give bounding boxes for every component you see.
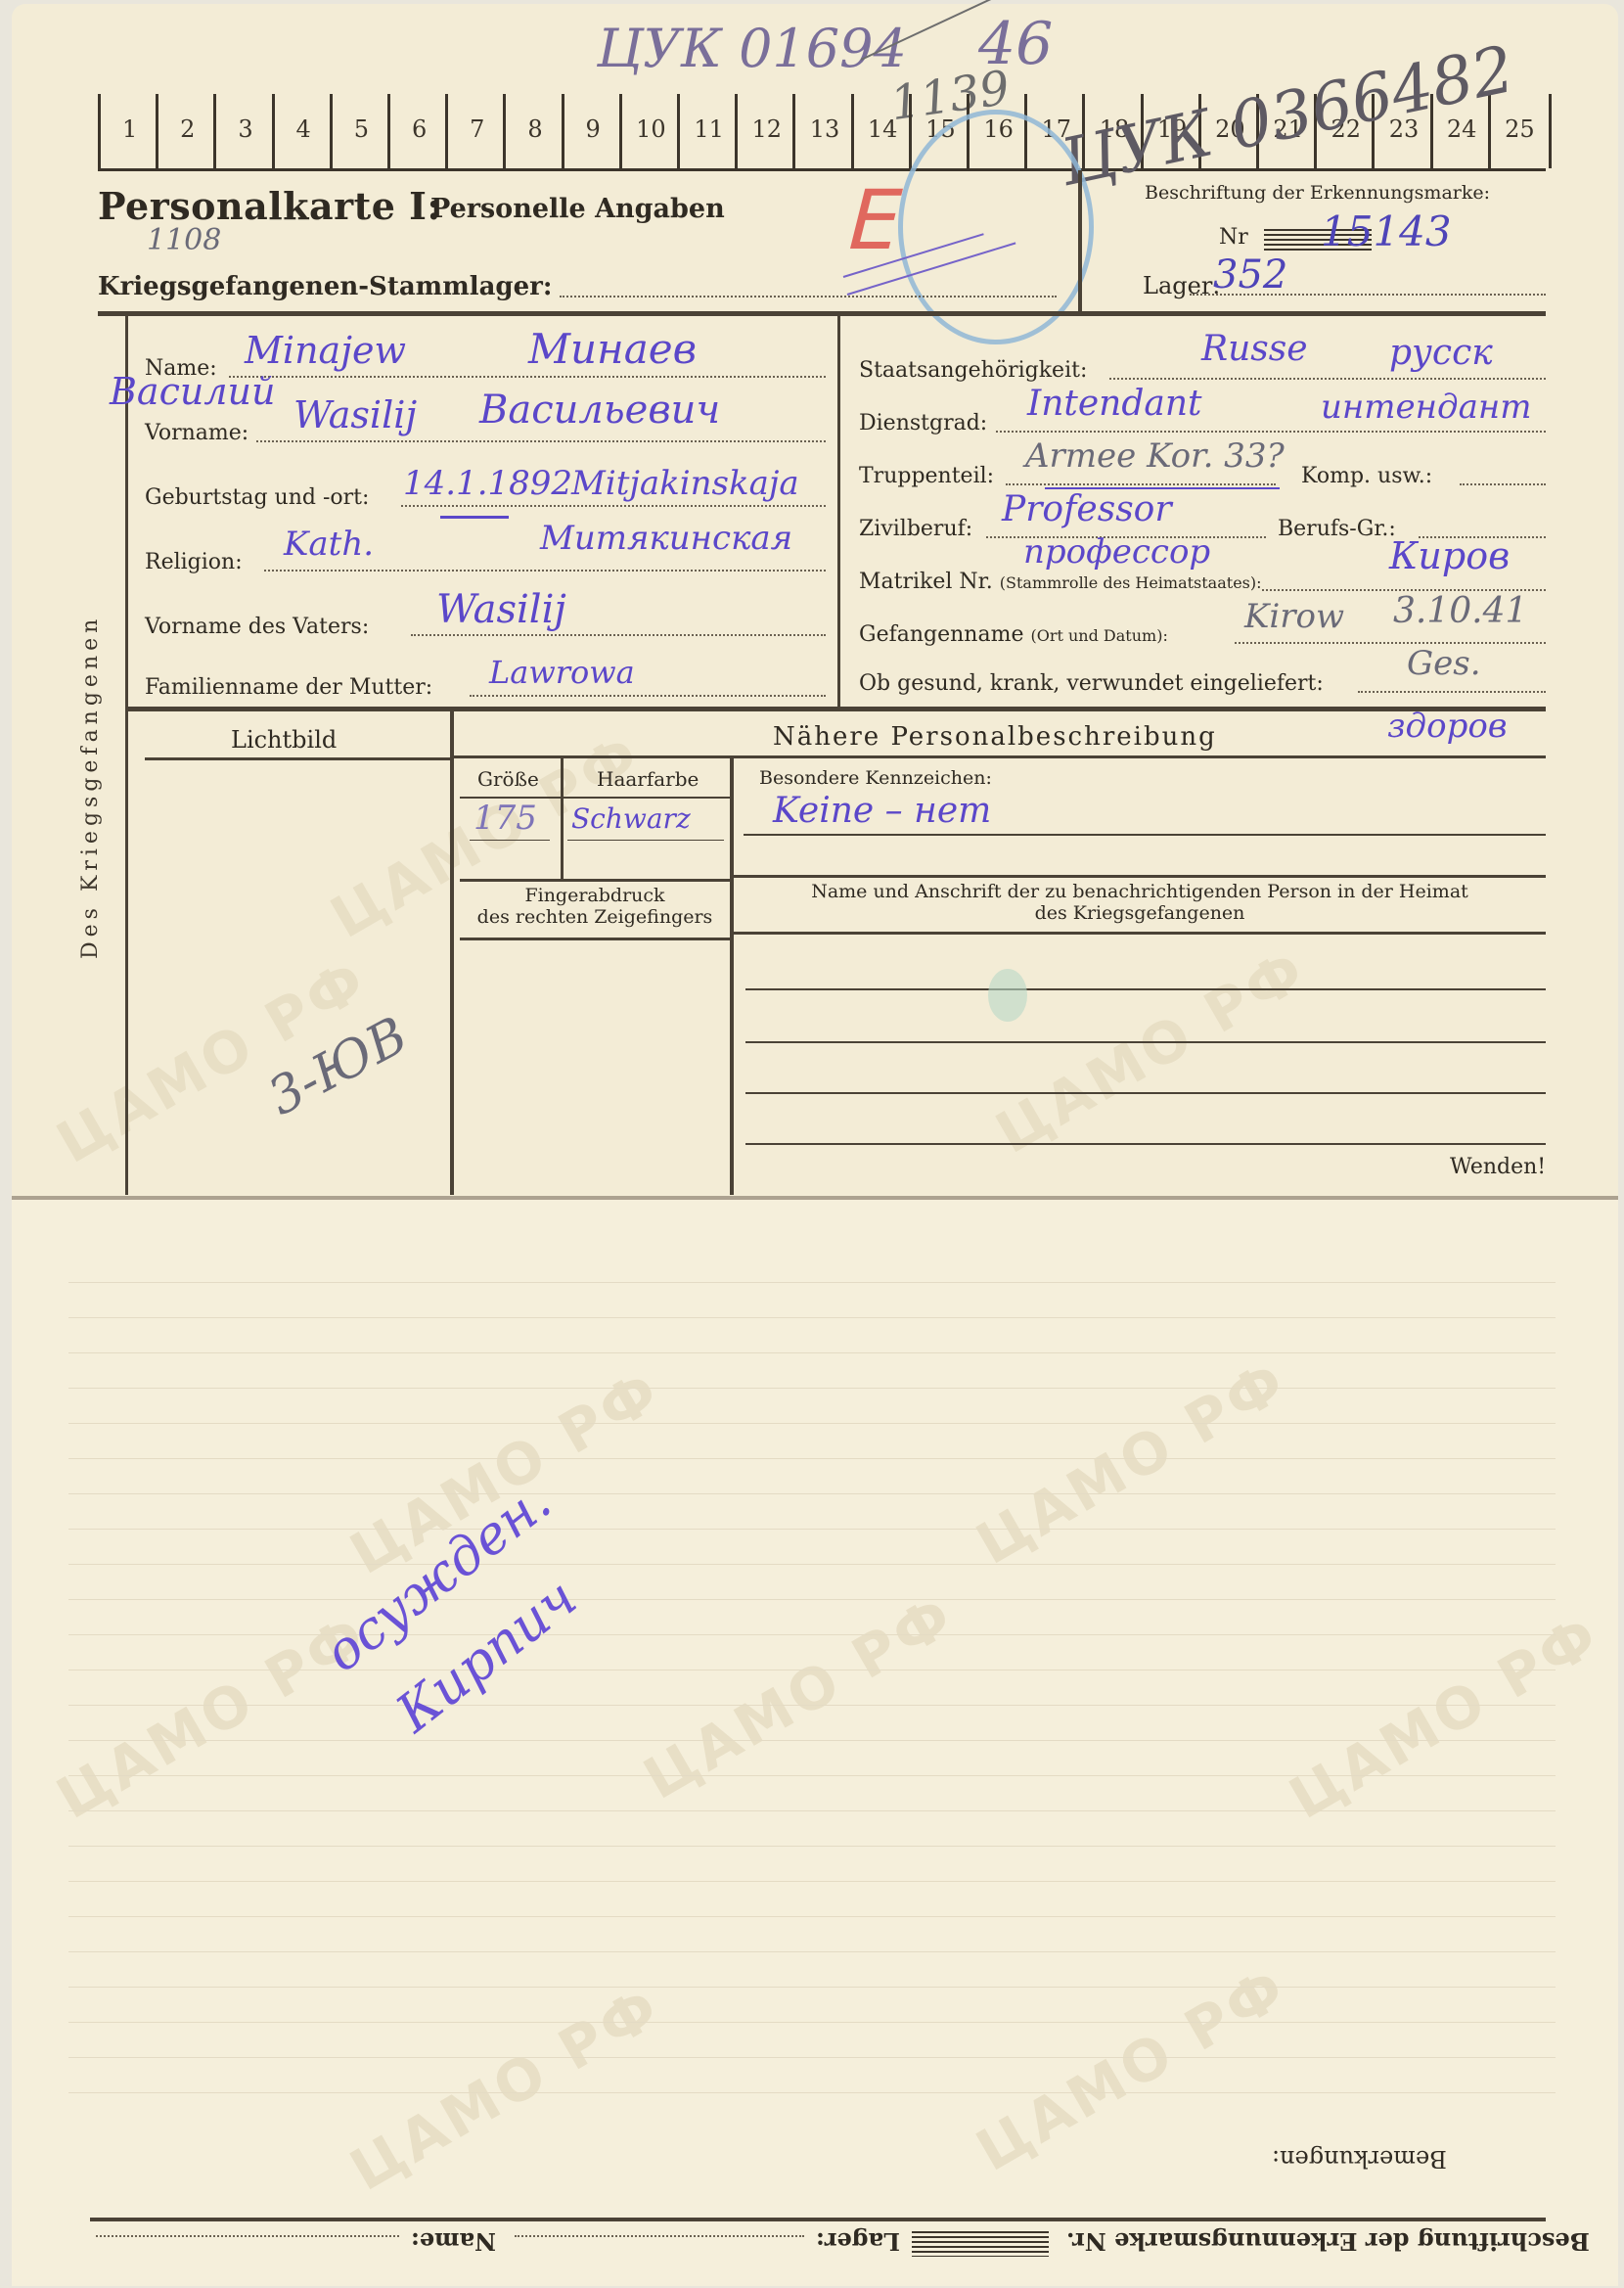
gefangennahme-label-main: Gefangenname: [859, 622, 1023, 647]
divider: [145, 757, 450, 760]
mutter-field: [470, 695, 826, 697]
faint-ruled-line: [68, 1282, 1556, 1283]
haarfarbe-value: Schwarz: [571, 802, 691, 835]
religion-label: Religion:: [145, 550, 243, 574]
stammlager-field: [560, 296, 1057, 297]
vorname-label: Vorname:: [145, 421, 248, 445]
faint-ruled-line: [68, 1670, 1556, 1670]
divider: [90, 2218, 1546, 2221]
marke-nr-value: 15143: [1321, 207, 1452, 255]
staat-value-latin: Russe: [1201, 329, 1308, 369]
faint-ruled-line: [68, 1529, 1556, 1530]
faint-ruled-line: [68, 2057, 1556, 2058]
bemerkungen-label: Bemerkungen:: [1272, 2145, 1447, 2173]
ruler-cell: 3: [213, 94, 274, 168]
divider: [567, 840, 724, 841]
marke-lager-value: 352: [1213, 252, 1287, 297]
religion-field: [264, 570, 826, 572]
dienstgrad-field: [996, 431, 1546, 433]
divider: [744, 834, 1546, 836]
geburt-field: [401, 505, 826, 507]
handwritten-archive-code: ЦУК 01694: [597, 18, 907, 79]
ruler-number: 5: [333, 115, 390, 143]
ruler-cell: 1: [98, 94, 158, 168]
vorname-value-cyrillic-prefix: Василий: [110, 370, 275, 413]
matrikel-label-main: Matrikel Nr.: [859, 570, 993, 594]
divider: [454, 755, 1546, 758]
faint-ruled-line: [68, 1493, 1556, 1494]
ruler-number: 14: [854, 115, 912, 143]
faint-ruled-line: [68, 1599, 1556, 1600]
finger-label-1: Fingerabdruck: [460, 885, 730, 906]
gefangennahme-field: [1235, 642, 1546, 644]
faint-ruled-line: [68, 1775, 1556, 1776]
ruler-number: 1: [101, 115, 158, 143]
haarfarbe-label: Haarfarbe: [597, 767, 699, 791]
ruler-cell: 10: [619, 94, 680, 168]
mutter-value: Lawrowa: [489, 654, 635, 691]
faint-ruled-line: [68, 1705, 1556, 1706]
faint-ruled-line: [68, 1458, 1556, 1459]
faint-ruled-line: [68, 1423, 1556, 1424]
faint-ruled-line: [68, 1317, 1556, 1318]
staat-label: Staatsangehörigkeit:: [859, 358, 1087, 383]
ruler-cell: 7: [445, 94, 506, 168]
faint-ruled-line: [68, 1916, 1556, 1917]
wenden-label: Wenden!: [1450, 1155, 1546, 1179]
contact-line: [734, 932, 1546, 935]
gesundheit-value-latin: Ges.: [1407, 644, 1481, 683]
faint-ruled-line: [68, 1846, 1556, 1847]
divider: [450, 711, 454, 1195]
name-label-inverted: Name:: [411, 2227, 496, 2256]
zivilberuf-value-latin: Professor: [1002, 489, 1172, 529]
side-label: Des Kriegsgefangenen: [78, 615, 103, 959]
ruler-number: 7: [448, 115, 506, 143]
geburt-date: 14.1.1892: [403, 464, 572, 503]
faint-ruled-line: [68, 1352, 1556, 1353]
komp-label: Komp. usw.:: [1301, 464, 1432, 488]
ruler-cell: 2: [156, 94, 216, 168]
contact-line: [745, 1092, 1546, 1094]
gefangennahme-date: 3.10.41: [1393, 591, 1527, 631]
contact-label-1: Name und Anschrift der zu benachrichtige…: [734, 881, 1546, 902]
divider: [470, 840, 550, 841]
truppenteil-label: Truppenteil:: [859, 464, 994, 488]
card-title: Personalkarte I:: [98, 184, 441, 228]
divider: [1078, 170, 1082, 311]
name-value-cyrillic: Минаев: [528, 325, 697, 373]
vater-label: Vorname des Vaters:: [145, 615, 369, 639]
green-ink-blot: [988, 969, 1027, 1022]
erkennungsmarke-label: Beschriftung der Erkennungsmarke:: [1145, 182, 1490, 204]
divider: [460, 938, 730, 940]
gefangennahme-label-small: (Ort und Datum):: [1030, 626, 1167, 645]
gesundheit-value-cyrillic: здоров: [1387, 707, 1508, 746]
mutter-label: Familienname der Mutter:: [145, 675, 432, 700]
truppenteil-field: [1006, 483, 1276, 485]
faint-ruled-line: [68, 1740, 1556, 1741]
ruler-cell: 4: [272, 94, 333, 168]
card-subtitle: Personelle Angaben: [430, 194, 725, 224]
pencil-note-camp: 1108: [147, 223, 221, 257]
name-field-inverted: [96, 2235, 399, 2237]
vorname-value-cyrillic: Васильевич: [479, 388, 720, 433]
ruler-number: 11: [680, 115, 738, 143]
gesundheit-field: [1358, 691, 1546, 693]
divider: [460, 879, 730, 882]
ruler-number: 25: [1491, 115, 1549, 143]
zivilberuf-value-cyrillic: профессор: [1023, 532, 1210, 572]
komp-field: [1460, 483, 1546, 485]
divider: [128, 707, 1546, 711]
divider: [98, 311, 1546, 316]
faint-ruled-line: [68, 1987, 1556, 1988]
vorname-field: [256, 440, 826, 442]
ruler-number: 8: [506, 115, 564, 143]
beschriftung-label-inverted: Beschriftung der Erkennungsmarke Nr.: [1066, 2227, 1590, 2256]
lager-label-inverted: Lager:: [816, 2227, 900, 2256]
ruler-number: 13: [795, 115, 853, 143]
kennzeichen-value: Keine – нет: [773, 791, 991, 831]
divider: [561, 758, 564, 882]
stammlager-label: Kriegsgefangenen-Stammlager:: [98, 272, 552, 301]
ruler-cell: 8: [503, 94, 564, 168]
matrikel-label-small: (Stammrolle des Heimatstaates):: [1000, 573, 1262, 592]
name-field: [229, 376, 826, 378]
ruler-cell: 6: [387, 94, 448, 168]
geburt-label: Geburtstag und -ort:: [145, 485, 369, 510]
gefangennahme-place: Kirow: [1244, 597, 1344, 636]
description-title: Nähere Personalbeschreibung: [773, 722, 1217, 752]
dienstgrad-label: Dienstgrad:: [859, 411, 987, 435]
card-fold-line: [12, 1196, 1618, 1200]
faint-ruled-line: [68, 2022, 1556, 2023]
staat-value-cyrillic: русск: [1389, 333, 1493, 373]
ruler-number: 12: [738, 115, 795, 143]
lichtbild-label: Lichtbild: [231, 726, 337, 754]
name-value-latin: Minajew: [245, 329, 406, 372]
ruler-cell: 5: [330, 94, 390, 168]
staat-field: [1109, 378, 1546, 380]
underline-mark: [440, 516, 509, 519]
contact-label-2: des Kriegsgefangenen: [734, 902, 1546, 924]
divider: [125, 316, 128, 1195]
matrikel-value: Киров: [1389, 534, 1510, 577]
ruler-number: 2: [158, 115, 216, 143]
divider: [734, 875, 1546, 878]
truppenteil-value: Armee Kor. 33?: [1025, 436, 1285, 476]
ruler-cell: 12: [735, 94, 795, 168]
lager-field-inverted: [515, 2235, 804, 2237]
geburt-place-latin: Mitjakinskaja: [571, 464, 799, 503]
ruler-cell: 13: [792, 94, 853, 168]
groesse-label: Größe: [477, 767, 539, 791]
marke-nr-label: Nr: [1219, 225, 1248, 250]
ruler-number: 3: [216, 115, 274, 143]
divider: [837, 316, 840, 708]
dienstgrad-value-latin: Intendant: [1027, 384, 1202, 424]
ruler-number: 10: [622, 115, 680, 143]
ruler-cell: 11: [677, 94, 738, 168]
vorname-value-latin: Wasilij: [293, 393, 417, 436]
dienstgrad-value-cyrillic: интендант: [1321, 388, 1532, 427]
ruler-number: 9: [564, 115, 622, 143]
ruler-cell: 14: [851, 94, 912, 168]
matrikel-label: Matrikel Nr. (Stammrolle des Heimatstaat…: [859, 570, 1262, 594]
ruler-number: 4: [275, 115, 333, 143]
faint-ruled-line: [68, 1881, 1556, 1882]
gefangennahme-label: Gefangenname (Ort und Datum):: [859, 622, 1168, 647]
vater-value: Wasilij: [436, 587, 566, 632]
faint-ruled-line: [68, 1564, 1556, 1565]
contact-line: [745, 1041, 1546, 1043]
vater-field: [411, 634, 826, 636]
zivilberuf-label: Zivilberuf:: [859, 517, 972, 541]
contact-line: [745, 988, 1546, 990]
berufs-gr-label: Berufs-Gr.:: [1278, 517, 1396, 541]
geburt-place-cyrillic: Митякинская: [540, 519, 792, 558]
gesundheit-label: Ob gesund, krank, verwundet eingeliefert…: [859, 671, 1324, 696]
groesse-value: 175: [474, 799, 537, 838]
divider: [730, 758, 734, 1195]
round-stamp: [898, 110, 1094, 344]
kennzeichen-label: Besondere Kennzeichen:: [759, 767, 992, 789]
finger-label-2: des rechten Zeigefingers: [460, 906, 730, 928]
religion-value: Kath.: [284, 525, 374, 564]
marke-hatch-inverted: [912, 2231, 1049, 2257]
faint-ruled-line: [68, 1951, 1556, 1952]
ruler-cell: 9: [562, 94, 622, 168]
faint-ruled-line: [68, 1810, 1556, 1811]
contact-line: [745, 1143, 1546, 1145]
faint-ruled-line: [68, 1634, 1556, 1635]
faint-ruled-line: [68, 2092, 1556, 2093]
faint-ruled-line: [68, 1388, 1556, 1389]
ruler-number: 6: [390, 115, 448, 143]
